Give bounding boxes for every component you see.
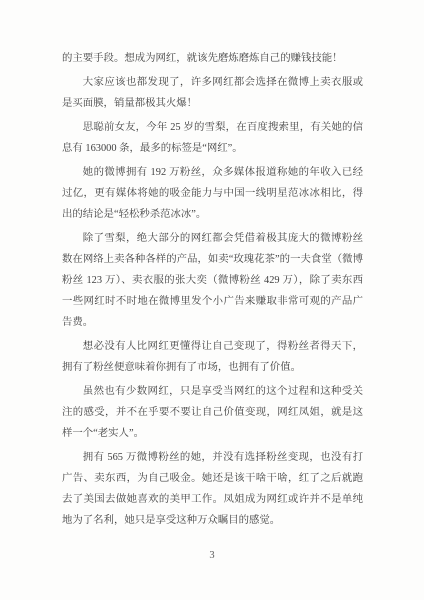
paragraph: 想必没有人比网红更懂得让自己变现了，得粉丝者得天下，拥有了粉丝便意味着你拥有了市…	[62, 336, 363, 378]
paragraph: 拥有 565 万微博粉丝的她，并没有选择粉丝变现，也没有打广告、卖东西，为自己吸…	[62, 447, 363, 531]
paragraph: 思聪前女友，今年 25 岁的雪梨，在百度搜索里，有关她的信息有 163000 条…	[62, 117, 363, 159]
document-page: 的主要手段。想成为网红，就该先磨炼磨炼自己的赚钱技能！大家应该也都发现了，许多网…	[0, 0, 424, 600]
paragraph: 她的微博拥有 192 万粉丝，众多媒体报道称她的年收入已经过亿，更有媒体将她的吸…	[62, 162, 363, 225]
paragraph: 的主要手段。想成为网红，就该先磨炼磨炼自己的赚钱技能！	[62, 48, 363, 69]
paragraph: 大家应该也都发现了，许多网红都会选择在微博上卖衣服或是买面膜，销量都极其火爆！	[62, 72, 363, 114]
paragraph: 虽然也有少数网红，只是享受当网红的这个过程和这种受关注的感受，并不在乎要不要让自…	[62, 381, 363, 444]
paragraph: 除了雪梨，绝大部分的网红都会凭借着极其庞大的微博粉丝数在网络上卖各种各样的产品，…	[62, 228, 363, 333]
document-body: 的主要手段。想成为网红，就该先磨炼磨炼自己的赚钱技能！大家应该也都发现了，许多网…	[62, 48, 363, 534]
page-number: 3	[0, 545, 424, 566]
